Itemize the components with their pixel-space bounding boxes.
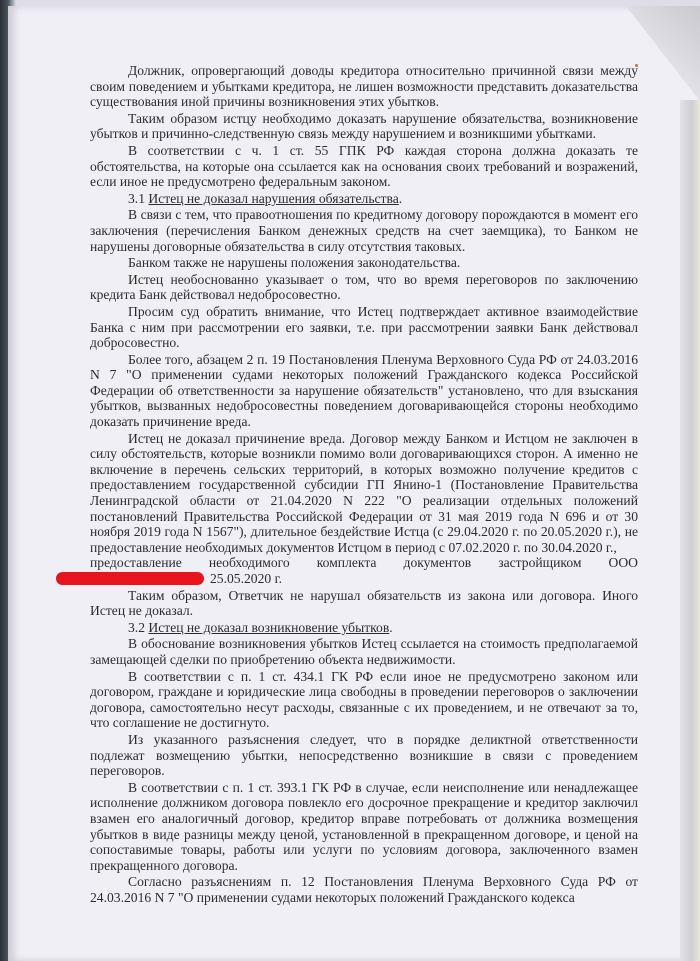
paragraph: Банком также не нарушены положения закон…	[90, 255, 638, 271]
redacted-line: 25.05.2020 г.	[90, 571, 638, 587]
page-edge-shadow	[680, 100, 700, 961]
paragraph: В обоснование возникновения убытков Исте…	[90, 636, 638, 667]
redaction-mark	[56, 572, 204, 585]
paragraph: Согласно разъяснениям п. 12 Постановлени…	[90, 874, 638, 905]
redacted-line-text: 25.05.2020 г.	[210, 571, 282, 586]
paragraph: Истец необоснованно указывает о том, что…	[90, 272, 638, 303]
paragraph: Более того, абзацем 2 п. 19 Постановлени…	[90, 352, 638, 430]
paragraph: Таким образом истцу необходимо доказать …	[90, 111, 638, 142]
paragraph: В соответствии с п. 1 ст. 393.1 ГК РФ в …	[90, 780, 638, 874]
section-suffix: .	[399, 191, 402, 206]
paragraph: Из указанного разъяснения следует, что в…	[90, 732, 638, 779]
paragraph: Истец не доказал причинение вреда. Догов…	[90, 431, 638, 556]
section-suffix: .	[389, 620, 392, 635]
paragraph: Таким образом, Ответчик не нарушал обяза…	[90, 588, 638, 619]
paragraph: Просим суд обратить внимание, что Истец …	[90, 304, 638, 351]
section-title: Истец не доказал нарушения обязательства	[148, 191, 398, 206]
paragraph: В связи с тем, что правоотношения по кре…	[90, 207, 638, 254]
paragraph-continuation: предоставление необходимого комплекта до…	[90, 555, 638, 571]
paragraph: В соответствии с ч. 1 ст. 55 ГПК РФ кажд…	[90, 143, 638, 190]
section-heading-3-2: 3.2 Истец не доказал возникновение убытк…	[90, 620, 638, 636]
section-number: 3.1	[128, 191, 145, 206]
paragraph: В соответствии с п. 1 ст. 434.1 ГК РФ ес…	[90, 669, 638, 731]
section-number: 3.2	[128, 620, 145, 635]
document-body: Должник, опровергающий доводы кредитора …	[90, 63, 638, 906]
section-title: Истец не доказал возникновение убытков	[148, 620, 389, 635]
section-heading-3-1: 3.1 Истец не доказал нарушения обязатель…	[90, 191, 638, 207]
paragraph: Должник, опровергающий доводы кредитора …	[90, 63, 638, 110]
